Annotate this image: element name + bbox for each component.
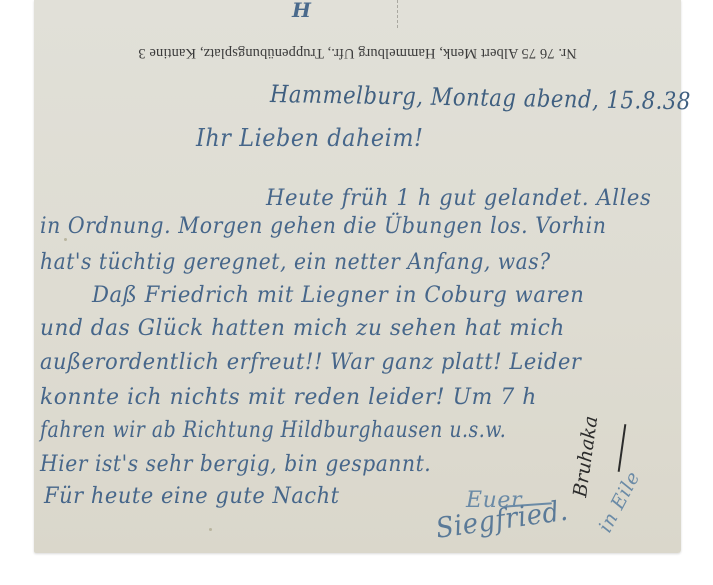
letter-line: fahren wir ab Richtung Hildburghausen u.…: [40, 418, 506, 443]
postcard: H Nr. 76 75 Albert Menk, Hammelburg Ufr.…: [34, 0, 681, 553]
letter-line: hat's tüchtig geregnet, ein netter Anfan…: [40, 250, 551, 275]
letter-date-line: Hammelburg, Montag abend, 15.8.38: [270, 80, 691, 115]
stamp-signature-underline: [618, 424, 627, 472]
margin-note: in Eile: [594, 468, 644, 536]
handwritten-top-mark: H: [292, 0, 311, 22]
letter-salutation: Ihr Lieben daheim!: [196, 124, 424, 152]
address-divider-line: [397, 0, 398, 28]
paper-speck: [209, 528, 212, 531]
letter-line: Für heute eine gute Nacht: [44, 484, 340, 509]
letter-line: in Ordnung. Morgen gehen die Übungen los…: [40, 214, 607, 239]
letter-line: Heute früh 1 h gut gelandet. Alles: [266, 186, 651, 211]
stamp-signature: Bruhaka: [569, 415, 602, 499]
paper-speck: [64, 238, 67, 241]
letter-line: Hier ist's sehr bergig, bin gespannt.: [40, 452, 431, 477]
letter-line: Daß Friedrich mit Liegner in Coburg ware…: [92, 283, 584, 308]
letter-line: konnte ich nichts mit reden leider! Um 7…: [40, 385, 537, 410]
letter-line: und das Glück hatten mich zu sehen hat m…: [40, 316, 565, 341]
letter-line: außerordentlich erfreut!! War ganz platt…: [40, 350, 581, 375]
printed-imprint: Nr. 76 75 Albert Menk, Hammelburg Ufr., …: [34, 44, 681, 61]
